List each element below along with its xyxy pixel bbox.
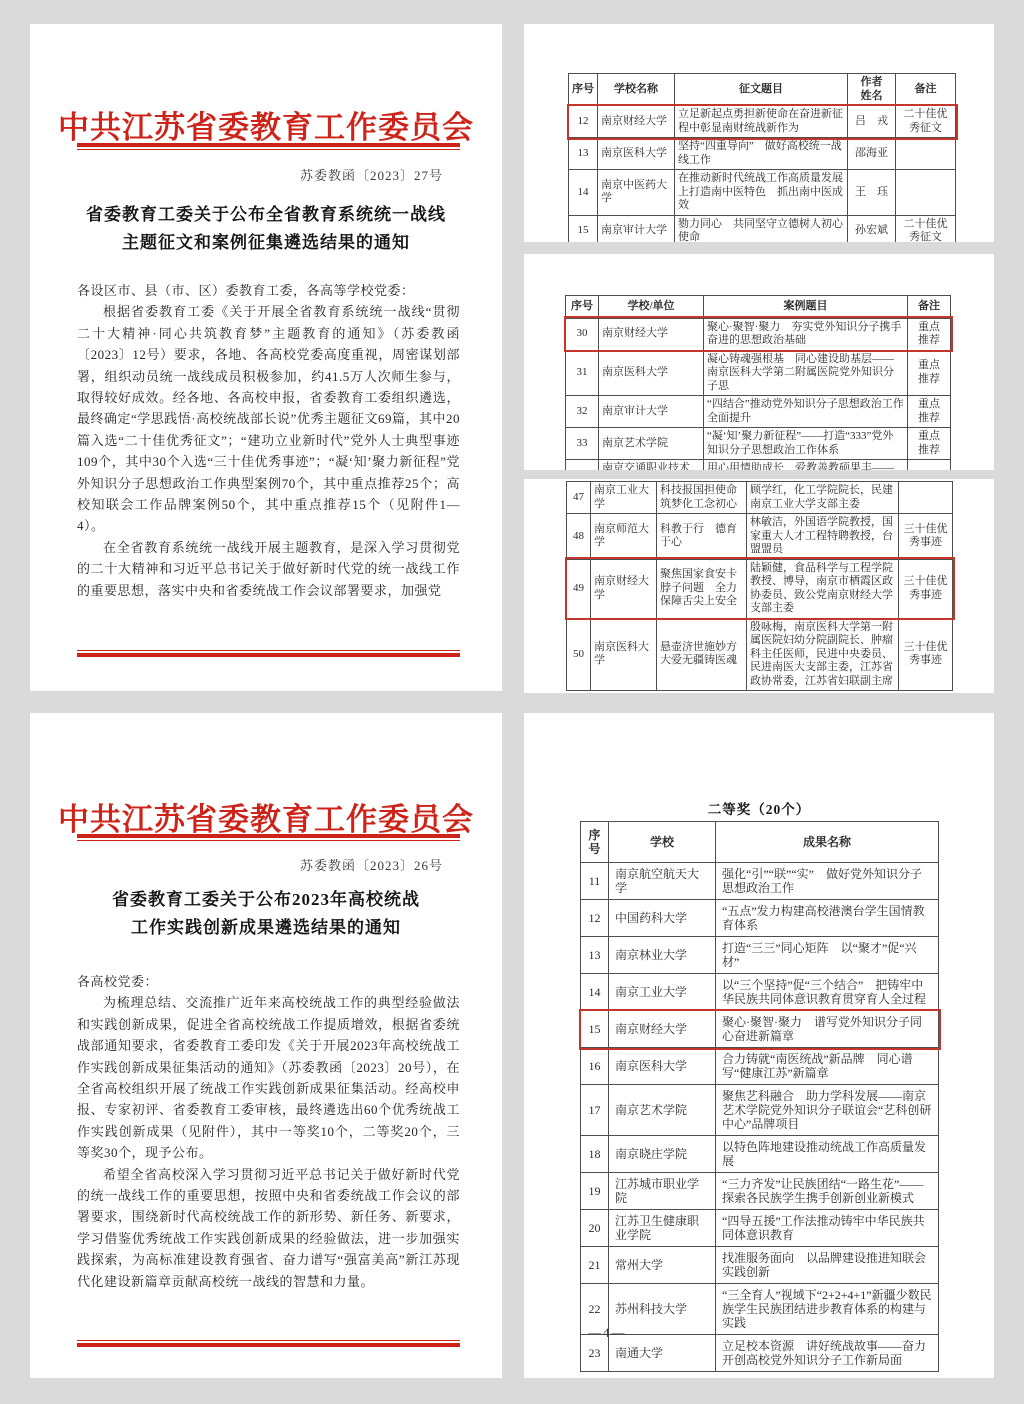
header-author: 作者姓名 [848,74,896,106]
cell-title: 坚持“四重导向” 做好高校统一战线工作 [675,138,848,170]
cell-intro: 陆颖健，食品科学与工程学院教授、博导，南京市栖霞区政协委员、致公党南京财经大学支… [747,559,899,618]
cell-no: 50 [567,618,591,691]
table-row: 16 南京医科大学 合力铸就“南医统战”新品牌 同心谱写“健康江苏”新篇章 [581,1048,939,1085]
cell-no: 18 [581,1136,609,1173]
document-number: 苏委教函〔2023〕27号 [300,165,443,184]
cell-note: 重点推荐 [908,318,951,350]
table-row: 19 江苏城市职业学院 “三力齐发”让民族团结“一路生花”——探索各民族学生携手… [581,1173,939,1210]
cell-school: 南京财经大学 [591,559,657,618]
cell-no: 34 [566,460,599,471]
cell-result: 以“三个坚持”促“三个结合” 把铸牢中华民族共同体意识教育贯穿育人全过程 [716,974,939,1011]
table-row: 14 南京工业大学 以“三个坚持”促“三个结合” 把铸牢中华民族共同体意识教育贯… [581,974,939,1011]
notice-title-line1: 省委教育工委关于公布全省教育系统统一战线 [30,201,502,229]
cell-no: 12 [569,106,598,138]
cell-school: 江苏卫生健康职业学院 [609,1210,716,1247]
table-row: 47 南京工业大学 科技报国担使命 筑梦化工念初心 顾学红，化工学院院长，民建南… [567,482,953,514]
cell-deed: 科技报国担使命 筑梦化工念初心 [657,482,747,514]
paragraph: 为梳理总结、交流推广近年来高校统战工作的典型经验做法和实践创新成果，促进全省高校… [77,992,460,1163]
cell-school: 南京医科大学 [598,138,675,170]
cell-no: 12 [581,900,609,937]
cell-intro: 殷咏梅，南京医科大学第一附属医院妇幼分院副院长、肿瘤科主任医师，民进中央委员、民… [747,618,899,691]
cell-title: 聚心·聚智·聚力 夯实党外知识分子携手奋进的思想政治基础 [704,318,908,350]
cell-intro: 顾学红，化工学院院长，民建南京工业大学支部主委 [747,482,899,514]
cell-result: 立足校本资源 讲好统战故事——奋力开创高校党外知识分子工作新局面 [716,1335,939,1372]
cell-deed: 科教于行 德育于心 [657,514,747,560]
table-row: 34 南京交通职业技术学院 用心用情助成长 爱教善教硕果丰——对外汉语教学团队成… [566,460,951,471]
cell-school: 南京财经大学 [609,1011,716,1048]
cell-result: “五点”发力构建高校港澳台学生国情教育体系 [716,900,939,937]
cell-school: 中国药科大学 [609,900,716,937]
table-row: 18 南京晓庄学院 以特色阵地建设推动统战工作高质量发展 [581,1136,939,1173]
table-row: 14 南京中医药大学 在推动新时代统战工作高质量发展上打造南中医特色 抓出南中医… [569,170,956,216]
cell-no: 13 [569,138,598,170]
cell-author: 吕 戎 [848,106,896,138]
notice-body: 各高校党委： 为梳理总结、交流推广近年来高校统战工作的典型经验做法和实践创新成果… [77,971,460,1292]
cell-result: “四导五援”工作法推动铸牢中华民族共同体意识教育 [716,1210,939,1247]
cell-school: 南京中医药大学 [598,170,675,216]
cell-note: 重点推荐 [908,350,951,396]
cell-no: 30 [566,318,599,350]
table-row: 11 南京航空航天大学 强化“引”“联”“实” 做好党外知识分子思想政治工作 [581,863,939,900]
header-school: 学校 [609,822,716,863]
cell-title: 立足新起点勇担新使命在奋进新征程中彰显南财统战新作为 [675,106,848,138]
cell-result: “三力齐发”让民族团结“一路生花”——探索各民族学生携手创新创业新模式 [716,1173,939,1210]
document-number: 苏委教函〔2023〕26号 [300,855,443,874]
table-row: 48 南京师范大学 科教于行 德育于心 林敏洁，外国语学院教授，国家重大人才工程… [567,514,953,560]
cell-result: 找准服务面向 以品牌建设推进知联会实践创新 [716,1247,939,1284]
table-row-highlighted: 30 南京财经大学 聚心·聚智·聚力 夯实党外知识分子携手奋进的思想政治基础 重… [566,318,951,350]
cell-no: 33 [566,428,599,460]
cell-note: 二十佳优秀征文 [896,215,956,242]
document-page-notice-27: 中共江苏省委教育工作委员会 苏委教函〔2023〕27号 省委教育工委关于公布全省… [30,24,502,691]
cell-result: 聚心·聚智·聚力 谱写党外知识分子同心奋进新篇章 [716,1011,939,1048]
cell-note: 重点推荐 [908,428,951,460]
paragraph: 根据省委教育工委《关于开展全省教育系统统一战线“贯彻二十大精神·同心共筑教育梦”… [77,301,460,536]
essay-table-panel: 序号 学校名称 征文题目 作者姓名 备注 12 南京财经大学 立足新起点勇担新使… [524,24,994,242]
cell-school: 南京财经大学 [598,106,675,138]
cell-note [908,460,951,471]
letterhead-org-title: 中共江苏省委教育工作委员会 [30,794,502,839]
table-row: 32 南京审计大学 “四结合”推动党外知识分子思想政治工作全面提升 重点推荐 [566,396,951,428]
cell-no: 15 [569,215,598,242]
cell-author: 王 珏 [848,170,896,216]
cell-school: 江苏城市职业学院 [609,1173,716,1210]
cell-school: 南京医科大学 [599,350,704,396]
letterhead-rule [77,143,460,150]
table-header-row: 序号 学校/单位 案例题目 备注 [566,296,951,319]
cell-result: 合力铸就“南医统战”新品牌 同心谱写“健康江苏”新篇章 [716,1048,939,1085]
deeds-table-panel: 47 南京工业大学 科技报国担使命 筑梦化工念初心 顾学红，化工学院院长，民建南… [524,479,994,693]
document-page-notice-26: 中共江苏省委教育工作委员会 苏委教函〔2023〕26号 省委教育工委关于公布20… [30,713,502,1378]
table-row: 12 中国药科大学 “五点”发力构建高校港澳台学生国情教育体系 [581,900,939,937]
cell-no: 20 [581,1210,609,1247]
cell-no: 15 [581,1011,609,1048]
table-row: 33 南京艺术学院 “凝‘知’聚力新征程”——打造“333”党外知识分子思想政治… [566,428,951,460]
header-school: 学校/单位 [599,296,704,319]
letterhead-org-title: 中共江苏省委教育工作委员会 [30,102,502,147]
cell-deed: 悬壶济世施妙方 大爱无疆铸医魂 [657,618,747,691]
award-section-title: 二等奖（20个） [580,798,938,818]
table-header-row: 序号 学校 成果名称 [581,822,939,863]
cell-no: 16 [581,1048,609,1085]
table-row-highlighted: 12 南京财经大学 立足新起点勇担新使命在奋进新征程中彰显南财统战新作为 吕 戎… [569,106,956,138]
cell-school: 南京财经大学 [599,318,704,350]
cell-result: 打造“三三”同心矩阵 以“聚才”促“兴材” [716,937,939,974]
letterhead-footer-rule [77,650,460,657]
table-row: 20 江苏卫生健康职业学院 “四导五援”工作法推动铸牢中华民族共同体意识教育 [581,1210,939,1247]
cell-note: 三十佳优秀事迹 [899,559,953,618]
cell-school: 南京交通职业技术学院 [599,460,704,471]
salutation: 各设区市、县（市、区）委教育工委，各高等学校党委： [77,280,460,301]
table-row-highlighted: 49 南京财经大学 聚焦国家食安卡脖子问题 全力保障舌尖上安全 陆颖健，食品科学… [567,559,953,618]
header-title: 征文题目 [675,74,848,106]
cell-school: 南京医科大学 [609,1048,716,1085]
page-number: —4— [588,1325,627,1341]
letterhead-footer-rule [77,1340,460,1347]
cell-school: 南京晓庄学院 [609,1136,716,1173]
cell-school: 南京艺术学院 [609,1085,716,1136]
table-row: 17 南京艺术学院 聚焦艺科融合 助力学科发展——南京艺术学院党外知识分子联谊会… [581,1085,939,1136]
header-no: 序号 [581,822,609,863]
cell-intro: 林敏洁，外国语学院教授，国家重大人才工程特聘教授，台盟盟员 [747,514,899,560]
letterhead-rule [77,834,460,841]
header-no: 序号 [569,74,598,106]
header-result: 成果名称 [716,822,939,863]
cell-school: 南京师范大学 [591,514,657,560]
table-row: 31 南京医科大学 凝心铸魂强根基 同心建设助基层——南京医科大学第二附属医院党… [566,350,951,396]
cell-note [896,170,956,216]
cell-title: 用心用情助成长 爱教善教硕果丰——对外汉语教学团队成长侧记 [704,460,908,471]
cell-title: 在推动新时代统战工作高质量发展上打造南中医特色 抓出南中医成效 [675,170,848,216]
cell-result: 以特色阵地建设推动统战工作高质量发展 [716,1136,939,1173]
table-row: 13 南京林业大学 打造“三三”同心矩阵 以“聚才”促“兴材” [581,937,939,974]
cell-note: 二十佳优秀征文 [896,106,956,138]
cell-no: 48 [567,514,591,560]
cell-result: “三全育人”视域下“2+2+4+1”新疆少数民族学生民族团结进步教育体系的构建与… [716,1284,939,1335]
table-row: 15 南京审计大学 勠力同心 共同坚守立德树人初心使命 孙宏斌 二十佳优秀征文 [569,215,956,242]
header-note: 备注 [908,296,951,319]
notice-title-line2: 主题征文和案例征集遴选结果的通知 [30,229,502,257]
table-row: 50 南京医科大学 悬壶济世施妙方 大爱无疆铸医魂 殷咏梅，南京医科大学第一附属… [567,618,953,691]
screenshot-canvas: 中共江苏省委教育工作委员会 苏委教函〔2023〕27号 省委教育工委关于公布全省… [0,0,1024,1404]
cell-no: 14 [581,974,609,1011]
table-row: 22 苏州科技大学 “三全育人”视域下“2+2+4+1”新疆少数民族学生民族团结… [581,1284,939,1335]
cell-author: 孙宏斌 [848,215,896,242]
notice-title-line2: 工作实践创新成果遴选结果的通知 [30,914,502,942]
award-table-panel: 二等奖（20个） 序号 学校 成果名称 11 南京航空航天大学 强化“引”“联”… [524,713,994,1378]
table-row: 23 南通大学 立足校本资源 讲好统战故事——奋力开创高校党外知识分子工作新局面 [581,1335,939,1372]
cell-no: 32 [566,396,599,428]
cell-deed: 聚焦国家食安卡脖子问题 全力保障舌尖上安全 [657,559,747,618]
cell-school: 南京林业大学 [609,937,716,974]
award-table: 序号 学校 成果名称 11 南京航空航天大学 强化“引”“联”“实” 做好党外知… [580,821,939,1372]
case-table: 序号 学校/单位 案例题目 备注 30 南京财经大学 聚心·聚智·聚力 夯实党外… [565,295,951,470]
cell-title: “凝‘知’聚力新征程”——打造“333”党外知识分子思想政治工作体系 [704,428,908,460]
cell-result: 聚焦艺科融合 助力学科发展——南京艺术学院党外知识分子联谊会“艺科创研中心”品牌… [716,1085,939,1136]
cell-no: 31 [566,350,599,396]
cell-school: 南京工业大学 [591,482,657,514]
cell-school: 南京航空航天大学 [609,863,716,900]
cell-author: 邵海亚 [848,138,896,170]
cell-school: 南京艺术学院 [599,428,704,460]
cell-title: 凝心铸魂强根基 同心建设助基层——南京医科大学第二附属医院党外知识分子思 [704,350,908,396]
cell-note: 三十佳优秀事迹 [899,618,953,691]
notice-body: 各设区市、县（市、区）委教育工委，各高等学校党委： 根据省委教育工委《关于开展全… [77,280,460,601]
cell-note [896,138,956,170]
cell-note [899,482,953,514]
header-school: 学校名称 [598,74,675,106]
table-row: 21 常州大学 找准服务面向 以品牌建设推进知联会实践创新 [581,1247,939,1284]
cell-no: 49 [567,559,591,618]
case-table-panel: 序号 学校/单位 案例题目 备注 30 南京财经大学 聚心·聚智·聚力 夯实党外… [524,254,994,470]
cell-result: 强化“引”“联”“实” 做好党外知识分子思想政治工作 [716,863,939,900]
cell-no: 14 [569,170,598,216]
cell-no: 11 [581,863,609,900]
cell-school: 南京审计大学 [598,215,675,242]
cell-no: 19 [581,1173,609,1210]
header-no: 序号 [566,296,599,319]
cell-no: 21 [581,1247,609,1284]
notice-title-line1: 省委教育工委关于公布2023年高校统战 [30,886,502,914]
cell-no: 47 [567,482,591,514]
header-note: 备注 [896,74,956,106]
cell-title: 勠力同心 共同坚守立德树人初心使命 [675,215,848,242]
cell-school: 南京工业大学 [609,974,716,1011]
cell-school: 南京医科大学 [591,618,657,691]
cell-school: 常州大学 [609,1247,716,1284]
cell-school: 南京审计大学 [599,396,704,428]
cell-no: 13 [581,937,609,974]
salutation: 各高校党委： [77,971,460,992]
cell-title: “四结合”推动党外知识分子思想政治工作全面提升 [704,396,908,428]
header-title: 案例题目 [704,296,908,319]
deeds-table: 47 南京工业大学 科技报国担使命 筑梦化工念初心 顾学红，化工学院院长，民建南… [566,481,953,691]
table-header-row: 序号 学校名称 征文题目 作者姓名 备注 [569,74,956,106]
paragraph: 希望全省高校深入学习贯彻习近平总书记关于做好新时代党的统一战线工作的重要思想，按… [77,1164,460,1292]
paragraph: 在全省教育系统统一战线开展主题教育，是深入学习贯彻党的二十大精神和习近平总书记关… [77,537,460,601]
cell-note: 重点推荐 [908,396,951,428]
table-row-highlighted: 15 南京财经大学 聚心·聚智·聚力 谱写党外知识分子同心奋进新篇章 [581,1011,939,1048]
cell-note: 三十佳优秀事迹 [899,514,953,560]
table-row: 13 南京医科大学 坚持“四重导向” 做好高校统一战线工作 邵海亚 [569,138,956,170]
cell-no: 17 [581,1085,609,1136]
essay-table: 序号 学校名称 征文题目 作者姓名 备注 12 南京财经大学 立足新起点勇担新使… [568,73,956,242]
